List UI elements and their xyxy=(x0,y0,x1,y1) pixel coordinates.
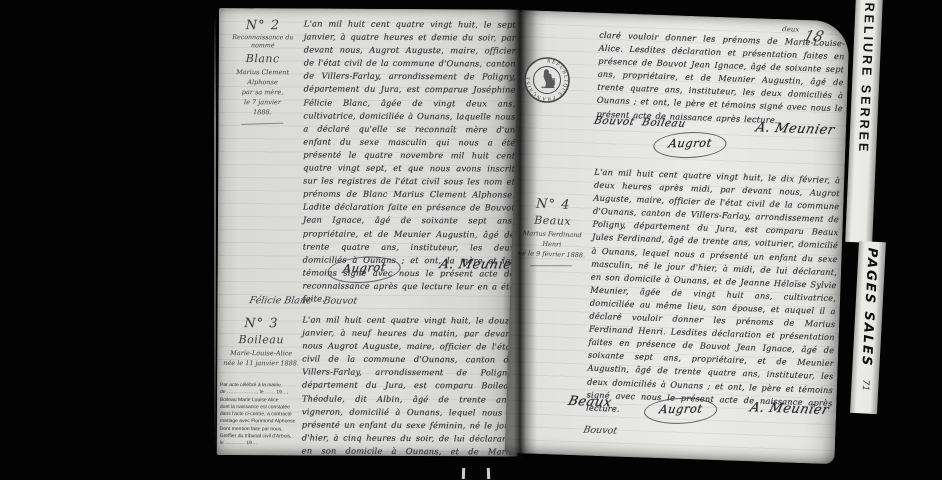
act-number: N° 2 xyxy=(223,18,303,33)
film-tick-mark xyxy=(462,468,465,479)
margin-note-act2: N° 2 Reconnaissance du nommé Blanc Mariu… xyxy=(222,18,303,124)
signature-mayor: Augrot xyxy=(651,131,728,158)
margin-note-surname: Blanc xyxy=(223,52,303,65)
label-reliure-serree-text: RELIURE SERREE xyxy=(855,2,876,154)
signature-mayor: Augrot xyxy=(642,397,719,424)
register-left-page: N° 2 Reconnaissance du nommé Blanc Mariu… xyxy=(217,8,520,457)
flourish-line xyxy=(241,123,283,125)
signature-mayor: Augrot xyxy=(326,255,402,285)
page-number-word: deux xyxy=(782,25,799,34)
signature-witness-bouvot: Bouvot xyxy=(582,425,618,437)
margin-note-details: Marius Ferdinand Henri né le 9 février 1… xyxy=(515,228,588,260)
label-reliure-serree: RELIURE SERREE xyxy=(845,0,883,243)
marriage-mention-stamp: Par acte célébré à la mairie de ………………, … xyxy=(220,382,302,448)
margin-note-surname: Boileau xyxy=(221,333,301,346)
margin-note-details: Marius Clement Alphonse par sa mère, le … xyxy=(222,67,302,117)
act-number: N° 3 xyxy=(221,316,301,331)
margin-note-act4: N° 4 Beaux Marius Ferdinand Henri né le … xyxy=(515,196,589,267)
signature-witness: A. Meunier xyxy=(754,120,836,138)
republique-francaise-seal: RÉPUBLIQUE FRANÇAISE xyxy=(523,56,571,104)
margin-note-surname: Beaux xyxy=(516,213,588,229)
act2-signatures: Augrot A. Meunier xyxy=(328,257,518,284)
act3-body-text-part2: claré vouloir donner les prénoms de Mari… xyxy=(596,29,845,129)
label-pages-sales-text: PAGES SALES xyxy=(858,247,879,367)
signature-mother-and-witness: Félicie Blanc Bouvot xyxy=(248,295,358,307)
flourish-line xyxy=(530,265,572,266)
margin-note-act3: N° 3 Boileau Marie-Louise-Alice née le 1… xyxy=(221,316,301,368)
act3-body-text-part1: L'an mil huit cent quatre vingt huit, le… xyxy=(302,313,515,456)
margin-note-type: Reconnaissance du nommé xyxy=(223,34,303,50)
signature-father: Beaux xyxy=(567,394,614,410)
act4-body-text: L'an mil huit cent quatre vingt huit, le… xyxy=(586,166,841,423)
signature-witness: A. Meunier xyxy=(438,257,520,272)
signature-witness: A. Meunier xyxy=(748,400,830,418)
page-stack-edge xyxy=(214,14,216,446)
film-tick-mark xyxy=(487,468,490,479)
act-number: N° 4 xyxy=(517,196,589,214)
signature-witness-father: Bouvot Boileau xyxy=(593,115,687,130)
margin-note-details: Marie-Louise-Alice née le 11 janvier 188… xyxy=(221,348,301,368)
strip-annotation-mark: 71 xyxy=(860,379,871,391)
label-pages-sales: PAGES SALES 71 xyxy=(850,241,886,414)
microfilm-frame: N° 2 Reconnaissance du nommé Blanc Mariu… xyxy=(0,0,942,480)
